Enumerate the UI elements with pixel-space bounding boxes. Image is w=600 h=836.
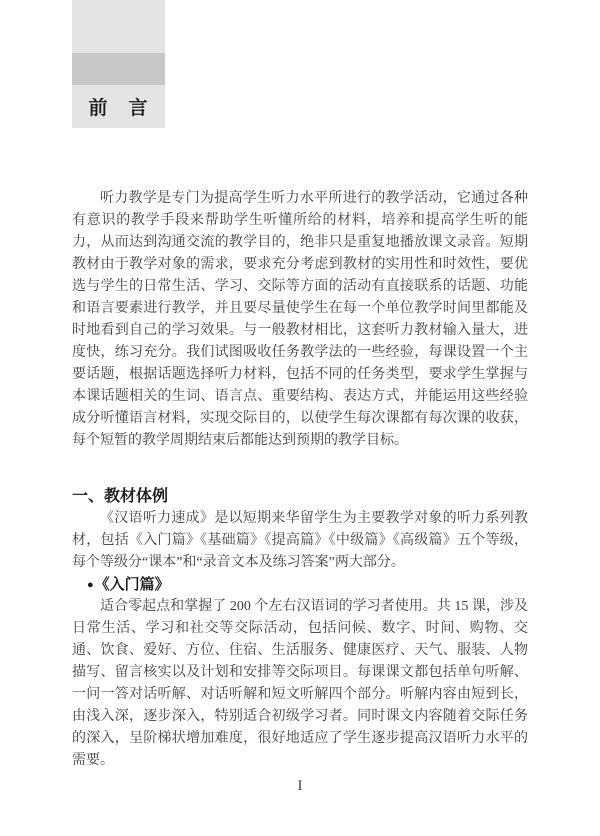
section-intro-paragraph: 《汉语听力速成》是以短期来华留学生为主要教学对象的听力系列教材，包括《入门篇》《… <box>72 508 528 574</box>
header-band-dark <box>72 53 165 85</box>
main-text-column: 听力教学是专门为提高学生听力水平所进行的教学活动，它通过各种有意识的教学手段来帮… <box>72 188 528 772</box>
header-band-light <box>72 0 165 53</box>
bullet-title: 《入门篇》 <box>95 576 170 593</box>
section-body-paragraph: 适合零起点和掌握了 200 个左右汉语词的学习者使用。共 15 课，涉及日常生活… <box>72 596 528 772</box>
document-page: 前 言 听力教学是专门为提高学生听力水平所进行的教学活动，它通过各种有意识的教学… <box>0 0 600 836</box>
page-title: 前 言 <box>88 93 148 120</box>
page-number: I <box>0 778 600 795</box>
bullet-dot-icon: ● <box>87 579 94 591</box>
section-heading: 一、教材体例 <box>72 486 528 508</box>
bullet-item: ●《入门篇》 <box>72 574 528 596</box>
preface-paragraph: 听力教学是专门为提高学生听力水平所进行的教学活动，它通过各种有意识的教学手段来帮… <box>72 188 528 452</box>
chapter-header-block: 前 言 <box>72 0 165 128</box>
header-title-band: 前 言 <box>72 85 165 128</box>
